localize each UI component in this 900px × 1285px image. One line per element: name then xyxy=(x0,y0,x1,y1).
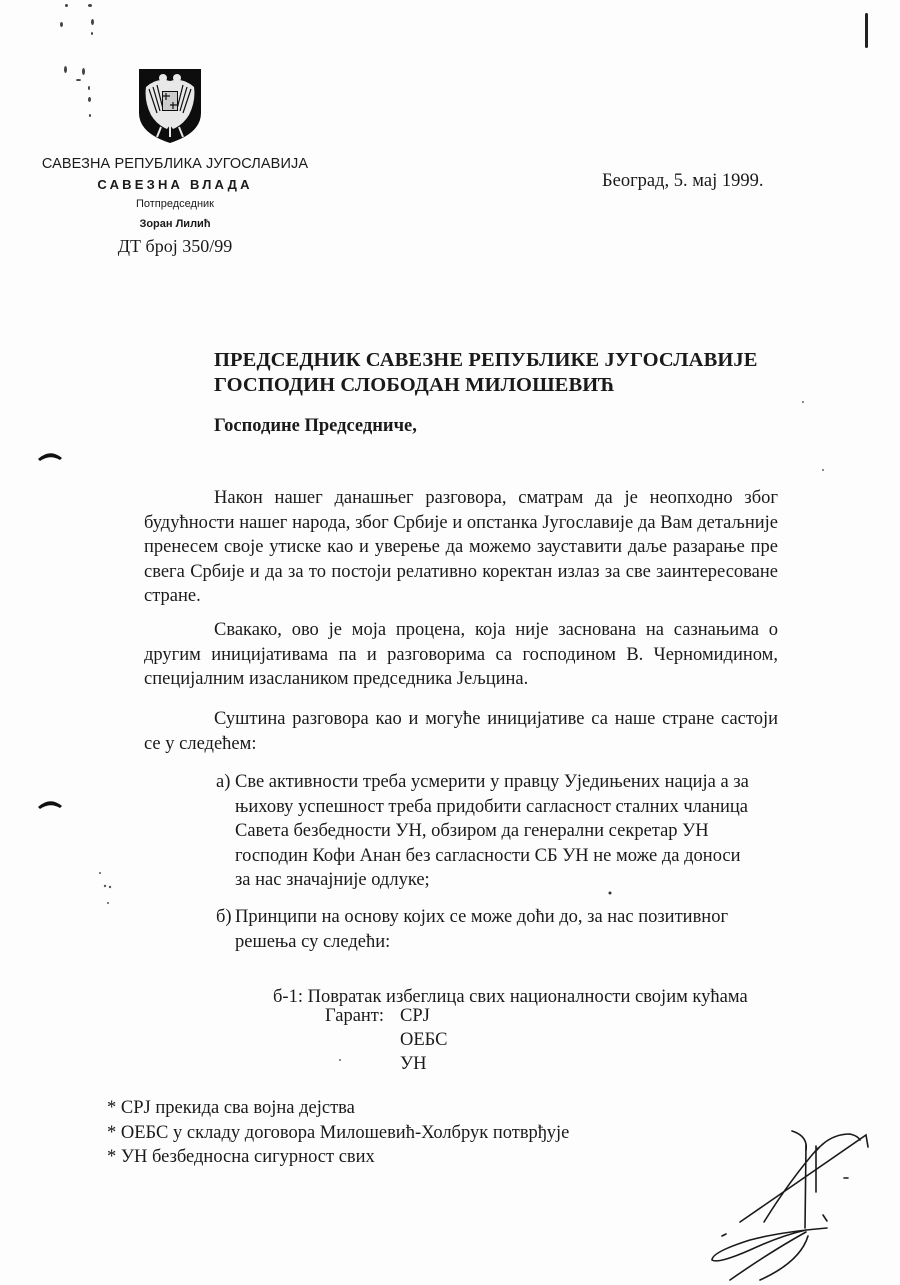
signature-icon xyxy=(0,0,900,1285)
document-page: САВЕЗНА РЕПУБЛИКА ЈУГОСЛАВИЈА САВЕЗНА ВЛ… xyxy=(0,0,900,1285)
